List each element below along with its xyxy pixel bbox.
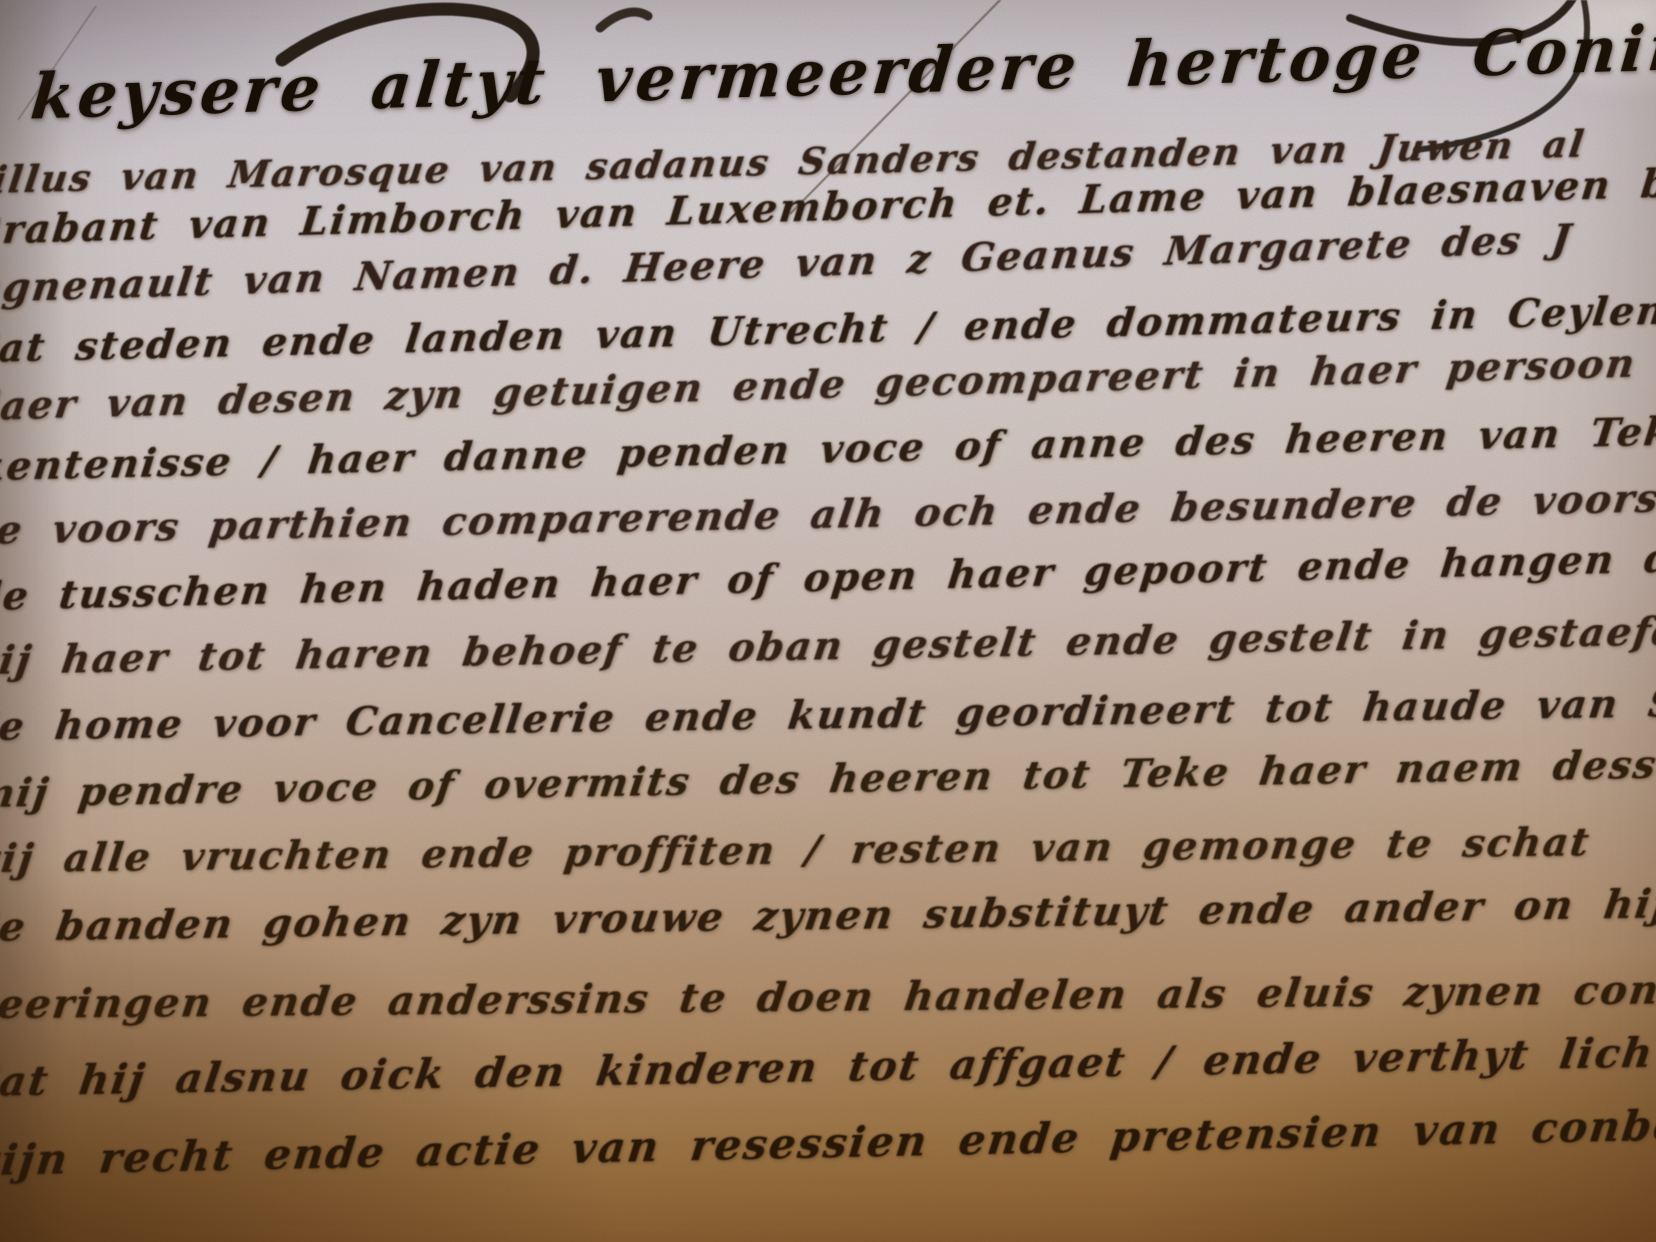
manuscript-line-7: kentenisse / haer danne penden voce of a… <box>0 412 1656 487</box>
manuscript-line-10: zij haer tot haren behoef te oban gestel… <box>0 612 1656 681</box>
manuscript-photo: keysere altyt vermeerdere hertoge Coninc… <box>0 0 1656 1242</box>
manuscript-heading: keysere altyt vermeerdere hertoge Coninc… <box>28 9 1656 129</box>
manuscript-line-11: de home voor Cancellerie ende kundt geor… <box>0 684 1656 747</box>
manuscript-line-17: zijn recht ende actie van resessien ende… <box>0 1101 1656 1182</box>
manuscript-line-13: zij alle vruchten ende proffiten / reste… <box>0 823 1593 879</box>
manuscript-line-12: mij pendre voce of overmits des heeren t… <box>0 744 1656 814</box>
manuscript-line-16: dat hij alsnu oick den kinderen tot affg… <box>0 1028 1656 1103</box>
manuscript-line-8: de voors parthien comparerende alh och e… <box>0 477 1656 551</box>
manuscript-line-14: de banden gohen zyn vrouwe zynen substit… <box>0 882 1656 948</box>
manuscript-text: keysere altyt vermeerdere hertoge Coninc… <box>0 0 1656 1242</box>
manuscript-line-15: seeringen ende anderssins te doen handel… <box>0 969 1656 1025</box>
